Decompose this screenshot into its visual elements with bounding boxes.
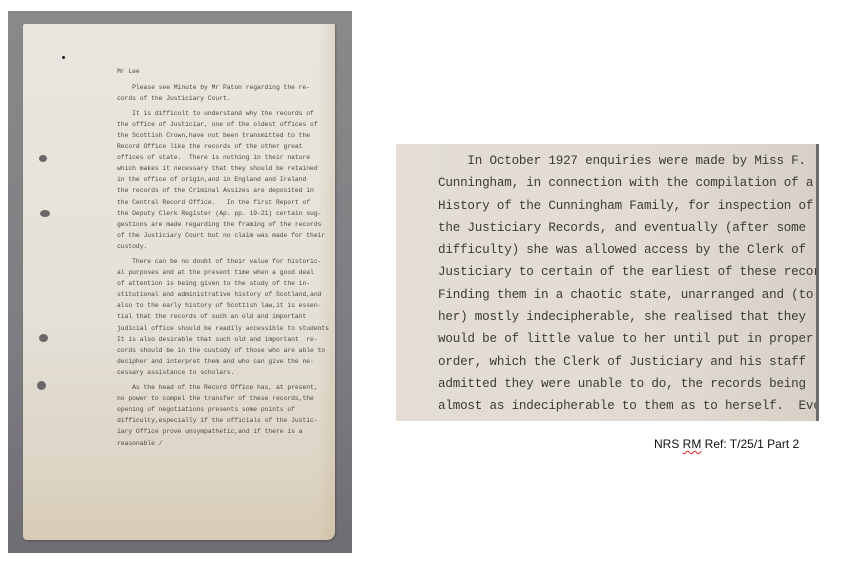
text-line: It is difficult to understand why the re… bbox=[117, 108, 342, 119]
text-line: cessary assistance to scholars. bbox=[117, 367, 342, 378]
text-line: gestions are made regarding the framing … bbox=[117, 219, 342, 230]
text-line: As the head of the Record Office has, at… bbox=[117, 382, 342, 393]
text-line: In October 1927 enquiries were made by M… bbox=[438, 150, 818, 172]
text-line: judicial office should be readily access… bbox=[117, 323, 342, 334]
text-line: Please see Minute by Mr Paton regarding … bbox=[117, 82, 342, 93]
text-line: al purposes and at the present time when… bbox=[117, 267, 342, 278]
text-line: would be of little value to her until pu… bbox=[438, 328, 818, 350]
text-line: of attention is being given to the study… bbox=[117, 278, 342, 289]
punch-hole bbox=[40, 210, 50, 217]
text-line: the Central Record Office. In the first … bbox=[117, 197, 342, 208]
text-line: also to the early history of Scottish la… bbox=[117, 300, 342, 311]
reference-caption: NRS RM Ref: T/25/1 Part 2 bbox=[654, 437, 799, 451]
text-line: There can be no doubt of their value for… bbox=[117, 256, 342, 267]
text-line: Finding them in a chaotic state, unarran… bbox=[438, 284, 818, 306]
left-document-text: Mr Lee Please see Minute by Mr Paton reg… bbox=[117, 66, 342, 449]
caption-suffix: Ref: T/25/1 Part 2 bbox=[701, 437, 799, 451]
text-line: her) mostly indecipherable, she realised… bbox=[438, 306, 818, 328]
text-line: difficulty,especially if the officials o… bbox=[117, 415, 342, 426]
text-line: decipher and interpret them and who can … bbox=[117, 356, 342, 367]
text-line: cords should be in the custody of those … bbox=[117, 345, 342, 356]
punch-hole bbox=[39, 334, 48, 342]
text-line: It is also desirable that such old and i… bbox=[117, 334, 342, 345]
text-line: in the office of origin,and in England a… bbox=[117, 174, 342, 185]
text-line: admitted they were unable to do, the rec… bbox=[438, 373, 818, 395]
text-line: the Deputy Clerk Register (Ap. pp. 19-21… bbox=[117, 208, 342, 219]
text-line: cords of the Justiciary Court. bbox=[117, 93, 342, 104]
text-line: tial that the records of such an old and… bbox=[117, 311, 342, 322]
text-line: stitutional and administrative history o… bbox=[117, 289, 342, 300]
text-line: the Scottish Crown,have not been transmi… bbox=[117, 130, 342, 141]
text-line: difficulty) she was allowed access by th… bbox=[438, 239, 818, 261]
text-line: the office of Justiciar, one of the olde… bbox=[117, 119, 342, 130]
caption-prefix: NRS bbox=[654, 437, 683, 451]
text-line: the records of the Criminal Assizes are … bbox=[117, 185, 342, 196]
text-line: Record Office like the records of the ot… bbox=[117, 141, 342, 152]
excerpt-text: In October 1927 enquiries were made by M… bbox=[438, 150, 818, 418]
text-line: the Justiciary Records, and eventually (… bbox=[438, 217, 818, 239]
text-line: reasonable / bbox=[117, 438, 342, 449]
salutation: Mr Lee bbox=[117, 66, 342, 77]
spellcheck-flagged-word: RM bbox=[683, 437, 702, 451]
text-line: almost as indecipherable to them as to h… bbox=[438, 395, 818, 417]
text-line: custody. bbox=[117, 241, 342, 252]
pin-hole bbox=[62, 56, 65, 59]
punch-hole bbox=[39, 155, 47, 162]
text-line: Justiciary to certain of the earliest of… bbox=[438, 261, 818, 283]
text-line: offices of state. There is nothing in th… bbox=[117, 152, 342, 163]
text-line: no power to compel the transfer of these… bbox=[117, 393, 342, 404]
text-line: of the Justiciary Court but no claim was… bbox=[117, 230, 342, 241]
text-line: Cunningham, in connection with the compi… bbox=[438, 172, 818, 194]
punch-hole bbox=[37, 381, 46, 390]
right-document-excerpt: In October 1927 enquiries were made by M… bbox=[396, 144, 819, 421]
text-line: order, which the Clerk of Justiciary and… bbox=[438, 351, 818, 373]
text-line: opening of negotiations presents some po… bbox=[117, 404, 342, 415]
text-line: which makes it necessary that they shoul… bbox=[117, 163, 342, 174]
text-line: iary Office prove unsympathetic,and if t… bbox=[117, 426, 342, 437]
text-line: History of the Cunningham Family, for in… bbox=[438, 195, 818, 217]
